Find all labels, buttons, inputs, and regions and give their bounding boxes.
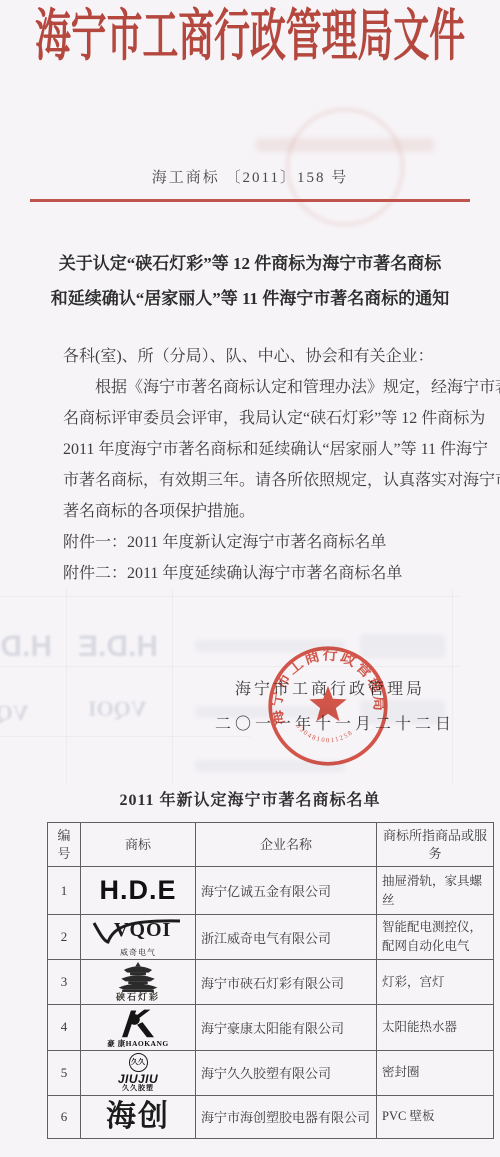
header-company: 企业名称	[196, 823, 377, 867]
goods-services: 智能配电测控仪，配网自动化电气	[377, 915, 494, 960]
table-row: 4 豪 康HAOKANG 海宁豪康太阳能有限公司 太阳能热水器	[48, 1005, 494, 1051]
ghost-grid-line	[0, 736, 250, 737]
seal-serial-number: 3304810011258	[295, 723, 355, 744]
goods-services: 灯彩，宫灯	[377, 960, 494, 1005]
header-goods: 商标所指商品或服务	[377, 823, 494, 867]
company-name: 海宁久久胶塑有限公司	[196, 1050, 377, 1095]
company-name: 海宁豪康太阳能有限公司	[196, 1005, 377, 1051]
goods-services: 抽屉滑轨，家具螺丝	[377, 867, 494, 915]
seal-ring-text: 海宁市工商行政管理局	[267, 645, 388, 727]
table-row: 6 海创 海宁市海创塑胶电器有限公司 PVC 壁板	[48, 1095, 494, 1138]
svg-text:海宁市工商行政管理局: 海宁市工商行政管理局	[267, 645, 388, 727]
table-row: 2 VQOI 威奇电气 浙江威奇电气有限公司 智能配电测控仪，配网自动化电气	[48, 915, 494, 960]
haokang-label: 豪 康HAOKANG	[107, 1040, 168, 1048]
body-line: 名商标评审委员会评审，我局认定“硖石灯彩”等 12 件商标为	[63, 403, 445, 434]
body-line: 著名商标的各项保护措施。	[63, 496, 445, 527]
svg-text:3304810011258: 3304810011258	[295, 723, 355, 744]
document-title-line1: 关于认定“硖石灯彩”等 12 件商标为海宁市著名商标	[0, 246, 500, 281]
body-line: 市著名商标，有效期三年。请各所依照规定，认真落实对海宁市	[63, 465, 445, 496]
goods-services: PVC 壁板	[377, 1095, 494, 1138]
row-number: 3	[48, 960, 81, 1005]
document-page: 海宁市工商行政管理局文件 海工商标 〔2011〕158 号 关于认定“硖石灯彩”…	[0, 0, 500, 1157]
table-row: 5 久久 JIUJIU 久久胶塑 海宁久久胶塑有限公司 密封圈	[48, 1050, 494, 1095]
document-title: 关于认定“硖石灯彩”等 12 件商标为海宁市著名商标 和延续确认“居家丽人”等 …	[0, 246, 500, 316]
ghost-vqoi-logo-partial: VQOI	[0, 700, 29, 726]
row-number: 6	[48, 1095, 81, 1138]
official-red-seal: 海宁市工商行政管理局 3304810011258	[266, 640, 390, 770]
body-line: 2011 年度海宁市著名商标和延续确认“居家丽人”等 11 件海宁	[63, 434, 445, 465]
table-header-row: 编号 商标 企业名称 商标所指商品或服务	[48, 823, 494, 867]
haokang-k-icon	[118, 1007, 158, 1039]
goods-services: 密封圈	[377, 1050, 494, 1095]
vqoi-logo: VQOI	[92, 917, 184, 947]
table-row: 3 硖石灯彩 海宁市硖石灯彩有限公司 灯彩，宫灯	[48, 960, 494, 1005]
header-brand: 商标	[81, 823, 196, 867]
document-body: 各科(室)、所（分局）、队、中心、协会和有关企业： 根据《海宁市著名商标认定和管…	[63, 341, 445, 589]
ghost-grid-line	[0, 666, 460, 667]
seal-star-icon	[309, 686, 346, 721]
letterhead-title: 海宁市工商行政管理局文件	[35, 4, 465, 70]
hde-logo: H.D.E	[99, 877, 176, 904]
row-number: 5	[48, 1050, 81, 1095]
company-name: 海宁亿诚五金有限公司	[196, 867, 377, 915]
seal-bleedthrough-smudge	[255, 138, 435, 152]
ghost-vqoi-logo: VQOI	[88, 696, 147, 722]
ghost-grid-line	[0, 596, 460, 597]
header-number: 编号	[48, 823, 81, 867]
company-name: 浙江威奇电气有限公司	[196, 915, 377, 960]
ghost-hde-logo: H.D.E	[78, 630, 158, 664]
red-divider-line	[30, 199, 470, 202]
goods-services: 太阳能热水器	[377, 1005, 494, 1051]
table-row: 1 H.D.E 海宁亿诚五金有限公司 抽屉滑轨，家具螺丝	[48, 867, 494, 915]
famous-trademark-table: 编号 商标 企业名称 商标所指商品或服务 1 H.D.E 海宁亿诚五金有限公司 …	[47, 822, 494, 1139]
body-line: 根据《海宁市著名商标认定和管理办法》规定，经海宁市著	[63, 372, 445, 403]
table-title: 2011 年新认定海宁市著名商标名单	[0, 787, 500, 810]
company-name: 海宁市海创塑胶电器有限公司	[196, 1095, 377, 1138]
document-number: 海工商标 〔2011〕158 号	[0, 166, 500, 187]
ghost-hde-logo-partial: H.D.E	[0, 630, 52, 664]
row-number: 2	[48, 915, 81, 960]
body-line: 各科(室)、所（分局）、队、中心、协会和有关企业：	[63, 341, 445, 372]
row-number: 4	[48, 1005, 81, 1051]
vqoi-sub-label: 威奇电气	[120, 949, 156, 957]
row-number: 1	[48, 867, 81, 915]
pagoda-icon	[116, 962, 160, 992]
company-name: 海宁市硖石灯彩有限公司	[196, 960, 377, 1005]
attachment-line-2: 附件二：2011 年度延续确认海宁市著名商标名单	[63, 558, 445, 589]
jiujiu-circle-icon: 久久	[129, 1053, 148, 1072]
xiashi-lantern-label: 硖石灯彩	[116, 993, 160, 1002]
haichuang-logo: 海创	[106, 1102, 170, 1132]
attachment-line-1: 附件一：2011 年度新认定海宁市著名商标名单	[63, 527, 445, 558]
vqoi-letters: VQOI	[114, 920, 171, 940]
ghost-grid-line	[66, 588, 67, 784]
document-title-line2: 和延续确认“居家丽人”等 11 件海宁市著名商标的通知	[0, 281, 500, 316]
jiujiu-sub-label: 久久胶塑	[122, 1085, 154, 1092]
